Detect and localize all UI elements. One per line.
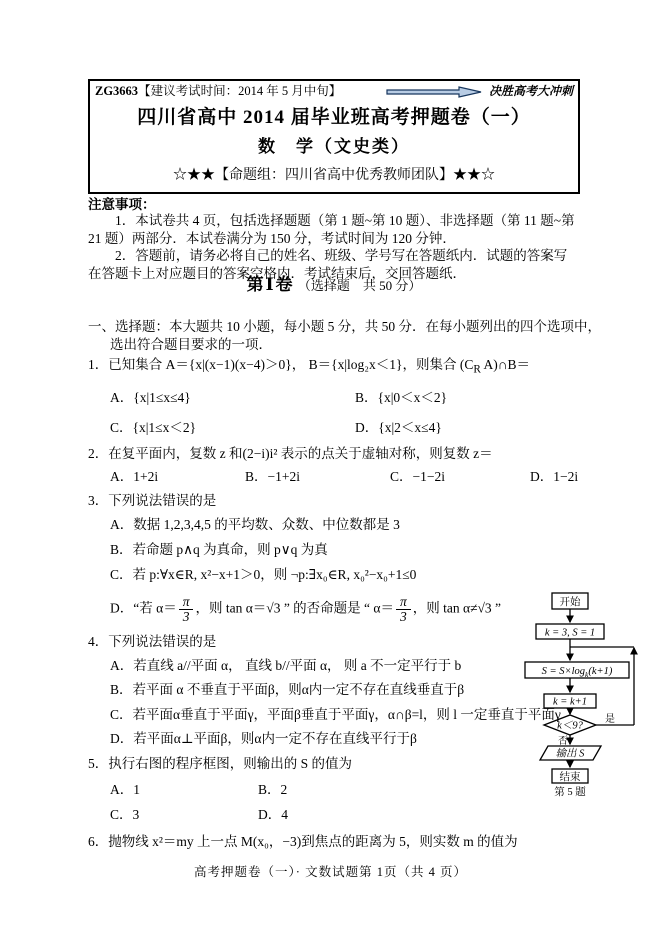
section1-subtitle: （选择题 共 50 分） bbox=[298, 278, 422, 293]
exam-paper-page: ZG3663【建议考试时间：2014 年 5 月中旬】 决胜高考大冲刺 四川省高… bbox=[0, 0, 661, 935]
q6-stem: 6．抛物线 x²＝my 上一点 M(x₀，−3)到焦点的距离为 5，则实数 m … bbox=[88, 833, 648, 850]
paper-code-line: ZG3663【建议考试时间：2014 年 5 月中旬】 bbox=[95, 83, 341, 100]
q5-option-a: A．1 bbox=[110, 781, 258, 798]
q5-options-row2: C．3 D．4 bbox=[88, 806, 510, 823]
paper-code: ZG3663 bbox=[95, 84, 138, 98]
flowchart-init-label: k = 3, S = 1 bbox=[545, 628, 595, 639]
q1-option-c: C．{x|1≤x＜2} bbox=[110, 419, 355, 436]
slogan-block: 决胜高考大冲刺 bbox=[385, 83, 573, 100]
flowchart-end-label: 结束 bbox=[560, 770, 581, 783]
q1-option-d: D．{x|2＜x≤4} bbox=[355, 419, 442, 436]
q3-stem: 3．下列说法错误的是 bbox=[88, 492, 648, 509]
flowchart-caption: 第 5 题 bbox=[554, 785, 586, 798]
q2-option-d: D．1−2i bbox=[530, 468, 578, 485]
header-box: ZG3663【建议考试时间：2014 年 5 月中旬】 决胜高考大冲刺 四川省高… bbox=[88, 79, 580, 194]
q5-option-c: C．3 bbox=[110, 806, 258, 823]
q5-program-flowchart: 开始 k = 3, S = 1 S = S×logk(k+1) k = k+1 … bbox=[497, 583, 661, 801]
paper-subject: 数 学（文史类） bbox=[95, 138, 573, 155]
flowchart-no-label: 否 bbox=[558, 735, 568, 747]
q3-option-b: B．若命题 p∧q 为真命，则 p∨q 为真 bbox=[88, 541, 650, 558]
fraction-pi-over-3: π3 bbox=[396, 595, 411, 624]
q1-option-b: B．{x|0＜x＜2} bbox=[355, 389, 447, 406]
q1-options-row1: A．{x|1≤x≤4} B．{x|0＜x＜2} bbox=[88, 389, 650, 406]
flowchart-yes-label: 是 bbox=[605, 713, 615, 725]
flowchart-condition-label: k＜9? bbox=[557, 721, 583, 732]
flowchart-increment-label: k = k+1 bbox=[553, 697, 587, 708]
flowchart-start-label: 开始 bbox=[560, 595, 581, 608]
complement-subscript: R bbox=[473, 364, 481, 376]
notice-item-1: 1．本试卷共 4 页，包括选择题题（第 1 题~第 10 题）、非选择题（第 1… bbox=[88, 212, 580, 247]
paper-title: 四川省高中 2014 届毕业班高考押题卷（一） bbox=[95, 109, 573, 126]
q3-option-c: C．若 p:∀x∈R, x²−x+1＞0，则 ¬p:∃x₀∈R, x₀²−x₀+… bbox=[88, 566, 650, 583]
q5-options-row1: A．1 B．2 bbox=[88, 781, 510, 798]
section1-title-line: 第Ⅰ卷 （选择题 共 50 分） bbox=[88, 276, 580, 294]
q2-stem: 2．在复平面内，复数 z 和(2−i)i² 表示的点关于虚轴对称，则复数 z＝ bbox=[88, 445, 648, 462]
q1-option-a: A．{x|1≤x≤4} bbox=[110, 389, 355, 406]
q1-options-row2: C．{x|1≤x＜2} D．{x|2＜x≤4} bbox=[88, 419, 650, 436]
slogan-text: 决胜高考大冲刺 bbox=[489, 83, 573, 100]
choice-instructions: 一、选择题：本大题共 10 小题，每小题 5 分，共 50 分．在每小题列出的四… bbox=[88, 318, 610, 354]
header-top-row: ZG3663【建议考试时间：2014 年 5 月中旬】 决胜高考大冲刺 bbox=[95, 83, 573, 100]
flowchart-compute-label: S = S×logk(k+1) bbox=[542, 666, 613, 679]
page-footer: 高考押题卷（一）· 文数试题第 1页（共 4 页） bbox=[0, 864, 661, 881]
notice-heading: 注意事项： bbox=[88, 196, 156, 213]
q5-option-b: B．2 bbox=[258, 781, 287, 798]
q3-option-a: A．数据 1,2,3,4,5 的平均数、众数、中位数都是 3 bbox=[88, 516, 650, 533]
right-arrow-icon bbox=[385, 85, 485, 99]
q2-option-b: B．−1+2i bbox=[245, 468, 390, 485]
q1-stem: 1．已知集合 A＝{x|(x−1)(x−4)＞0}， B＝{x|log₂x＜1}… bbox=[88, 356, 648, 379]
q2-options-row: A．1+2i B．−1+2i C．−1−2i D．1−2i bbox=[88, 468, 661, 485]
q5-option-d: D．4 bbox=[258, 806, 288, 823]
committee-line: ☆★★【命题组：四川省高中优秀教师团队】★★☆ bbox=[95, 167, 573, 184]
exam-time-note: 【建议考试时间：2014 年 5 月中旬】 bbox=[138, 84, 341, 98]
flowchart-output-label: 输出 S bbox=[556, 748, 586, 760]
q2-option-c: C．−1−2i bbox=[390, 468, 530, 485]
q2-option-a: A．1+2i bbox=[110, 468, 245, 485]
fraction-pi-over-3: π3 bbox=[179, 595, 194, 624]
section1-title: 第Ⅰ卷 bbox=[247, 275, 295, 294]
